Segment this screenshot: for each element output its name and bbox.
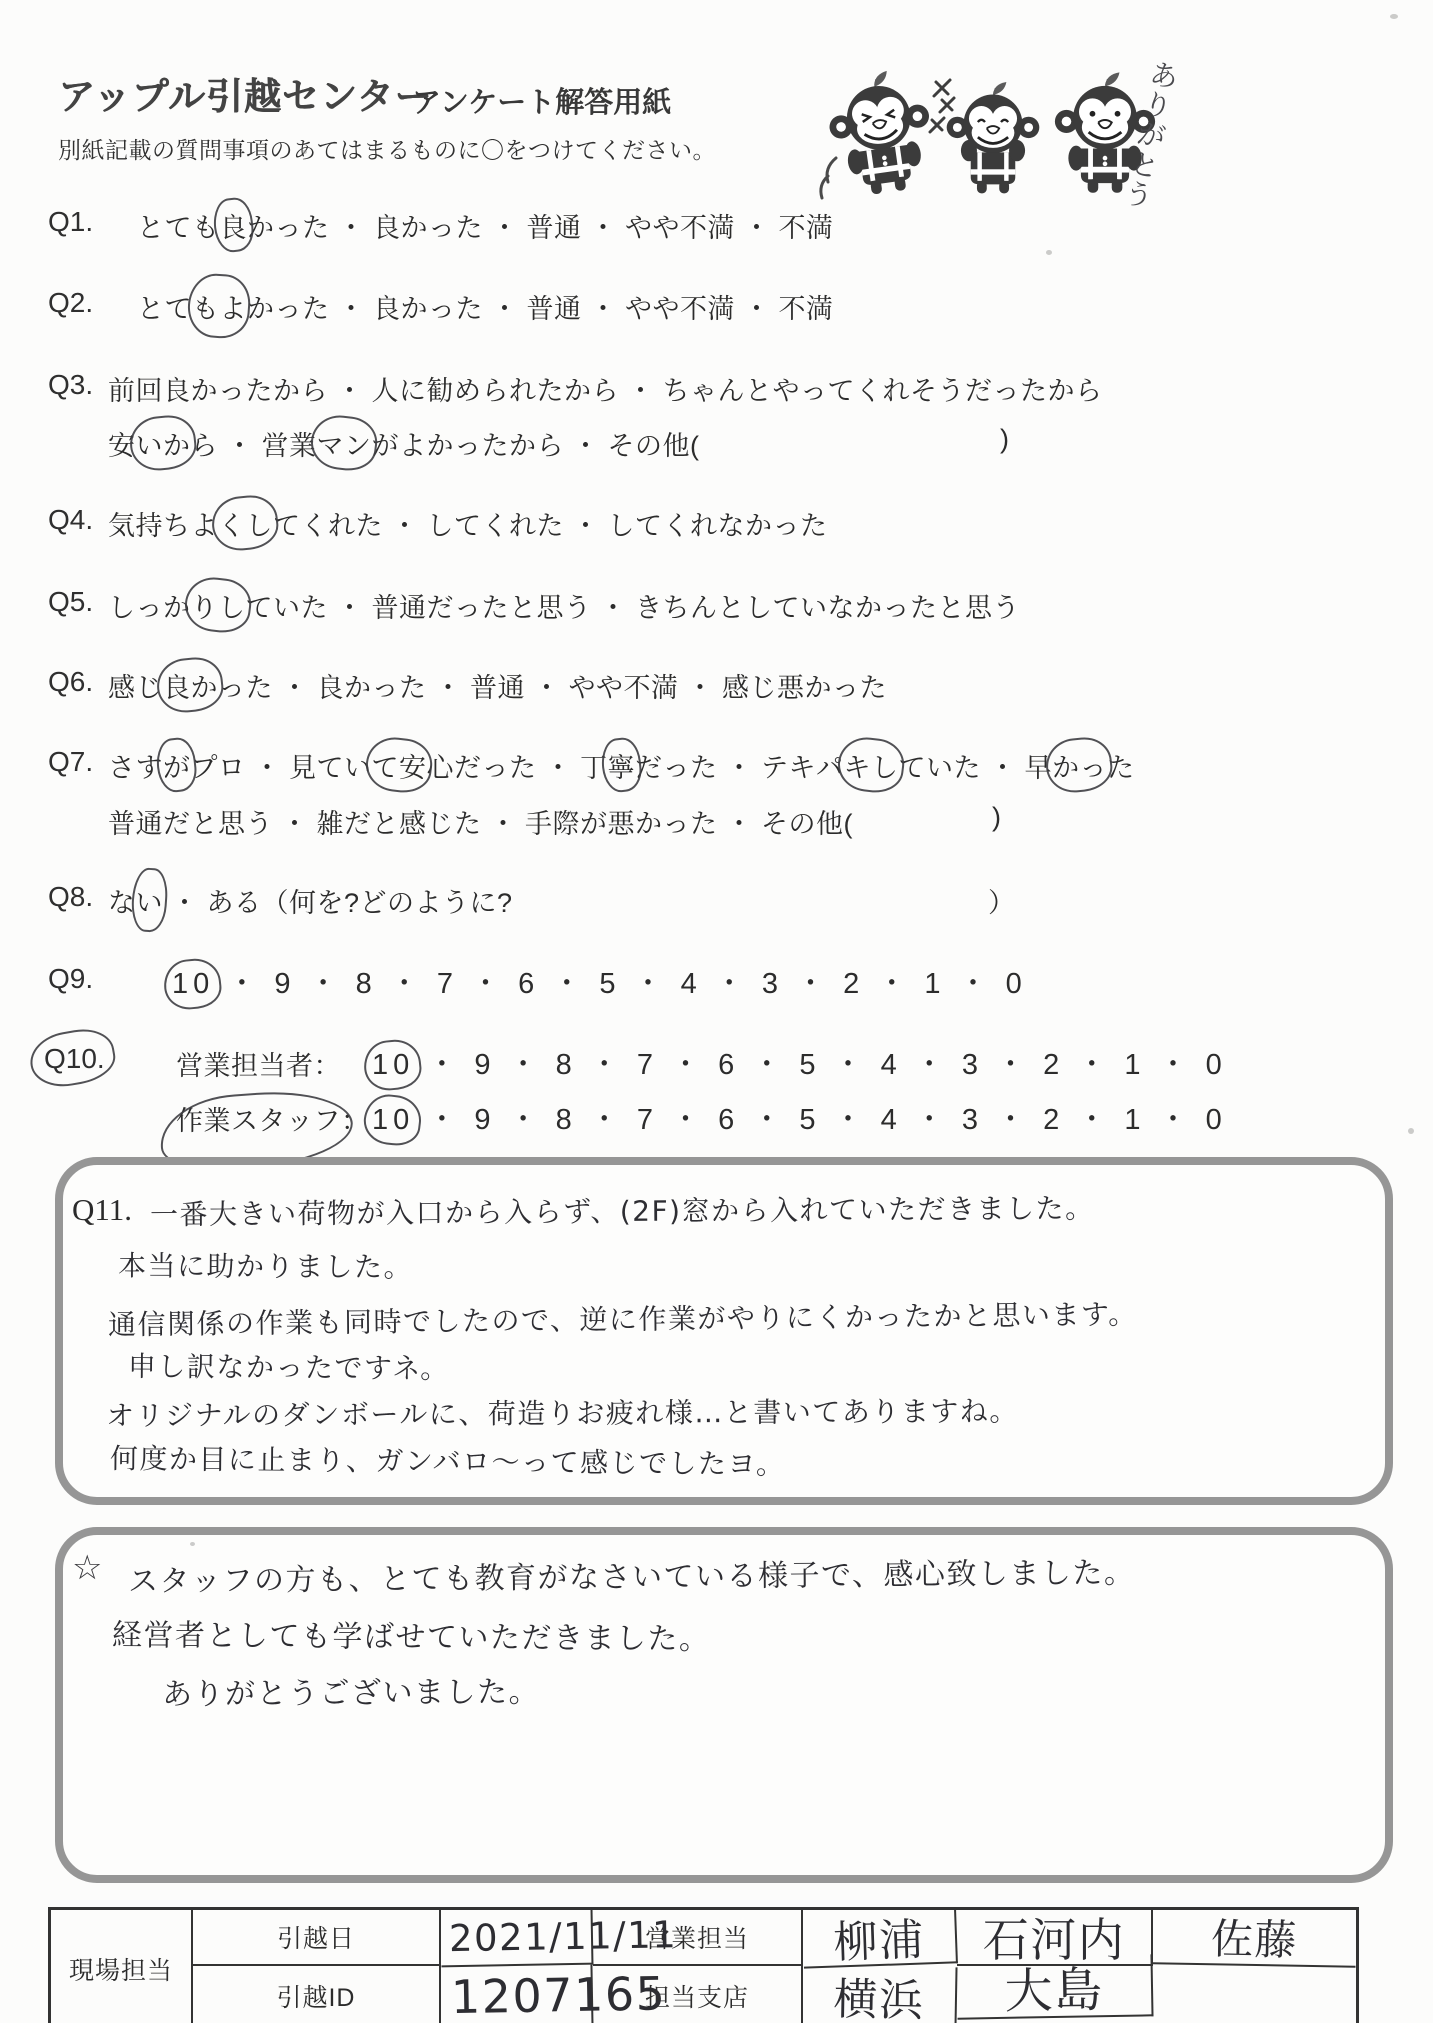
q7-text: た: [1107, 753, 1135, 783]
q6-text: った ・ 良かった ・ 普通 ・ やや不満 ・ 感じ悪かった: [218, 673, 887, 703]
handwritten-comment: 何度か目に止まり、ガンバロ〜って感じでしたヨ。: [110, 1437, 786, 1483]
move-id-value: 1207165: [440, 1965, 593, 2023]
q7-label: Q7.: [48, 746, 93, 778]
circled-answer: 良: [220, 206, 248, 245]
handwritten-comment: 申し訳なかったですネ。: [128, 1345, 450, 1387]
move-id-label: 引越ID: [193, 1966, 441, 2023]
q3-text: 安: [108, 431, 136, 461]
circled-answer: かっ: [1052, 746, 1107, 785]
q10-label: Q10.: [44, 1043, 105, 1075]
q6-text: 感じ: [108, 673, 163, 703]
q3-text: ら ・ 営業: [191, 431, 317, 461]
move-date-label: 引越日: [193, 1910, 441, 1966]
q10-scale-values: ・ 9 ・ 8 ・ 7 ・ 6 ・ 5 ・ 4 ・ 3 ・ 2 ・ 1 ・ 0: [414, 1104, 1226, 1136]
circled-rating: 10: [372, 1049, 414, 1082]
monkey-mascot-icon: [820, 63, 943, 205]
q1-options: とても良かった ・ 良かった ・ 普通 ・ やや不満 ・ 不満: [137, 206, 834, 245]
q9-label: Q9.: [48, 963, 93, 995]
empty-cell: [1153, 1966, 1356, 2023]
q5-label: Q5.: [48, 586, 93, 618]
circled-answer: もよ: [192, 287, 247, 326]
monkey-mascot-icon: [944, 78, 1042, 200]
field-staff-value-3: 大島: [956, 1954, 1153, 2019]
q6-options: 感じ良かった ・ 良かった ・ 普通 ・ やや不満 ・ 感じ悪かった: [108, 666, 887, 705]
q4-text: 気持ちよ: [108, 511, 218, 541]
q8-options: ない ・ ある（何を?どのように?: [108, 881, 513, 920]
q10-colon: ：: [341, 1106, 369, 1136]
handwritten-comment: 本当に助かりました。: [118, 1244, 413, 1286]
circled-answer: くし: [218, 504, 273, 543]
handwritten-comment: ありがとうございました。: [162, 1667, 540, 1714]
q5-options: しっかりしていた ・ 普通だったと思う ・ きちんとしていなかったと思う: [108, 586, 1020, 625]
q4-text: てくれた ・ してくれた ・ してくれなかった: [273, 511, 828, 541]
q3-close-paren: ): [1000, 424, 1010, 455]
q7-options-line2: 普通だと思う ・ 雑だと感じた ・ 手際が悪かった ・ その他(: [108, 802, 853, 841]
star-icon: ☆: [72, 1548, 102, 1588]
sales-rep-value: 柳浦: [802, 1907, 958, 1968]
q7-text: ていた ・ 早: [899, 753, 1053, 783]
circled-answer: キし: [844, 746, 899, 785]
scan-speck: [1408, 1128, 1414, 1134]
q10-row1-label: 営業担当者: [176, 1051, 314, 1081]
q6-label: Q6.: [48, 666, 93, 698]
q7-text: 心だった ・ 丁: [427, 753, 608, 783]
move-date-value: 2021/11/11: [441, 1909, 594, 1968]
q10-colon: ：: [314, 1051, 342, 1081]
q5-text: ていた ・ 普通だったと思う ・ きちんとしていなかったと思う: [246, 593, 1021, 623]
scan-speck: [1046, 250, 1052, 255]
circled-answer: いか: [136, 424, 191, 463]
q8-text: ・ ある（何を?どのように?: [163, 888, 513, 918]
q10-row2-scale: 10 ・ 9 ・ 8 ・ 7 ・ 6 ・ 5 ・ 4 ・ 3 ・ 2 ・ 1 ・…: [372, 1097, 1227, 1138]
q8-label: Q8.: [48, 881, 93, 913]
q10-scale-values: ・ 9 ・ 8 ・ 7 ・ 6 ・ 5 ・ 4 ・ 3 ・ 2 ・ 1 ・ 0: [414, 1049, 1226, 1081]
survey-sheet: アップル引越センター アンケート解答用紙 別紙記載の質問事項のあてはまるものに〇…: [0, 0, 1433, 2023]
handwritten-comment: 一番大きい荷物が入口から入らず、(2F)窓から入れていただきました。: [150, 1187, 1095, 1234]
circled-answer: て安: [372, 746, 427, 785]
handwritten-comment: スタッフの方も、とても教育がなさいている様子で、感心致しました。: [128, 1548, 1136, 1601]
q7-text: だった ・ テキパ: [635, 753, 844, 783]
q1-text: かった ・ 良かった ・ 普通 ・ やや不満 ・ 不満: [247, 213, 834, 243]
q7-options-line1: さすがプロ ・ 見ていて安心だった ・ 丁寧だった ・ テキパキしていた ・ 早…: [108, 746, 1135, 785]
circled-answer: 良か: [163, 666, 218, 705]
sparkle-icon: [920, 76, 966, 140]
q2-text: とて: [137, 294, 192, 324]
q8-text: な: [108, 888, 136, 918]
circled-rating: 10: [372, 1104, 414, 1137]
q11-label: Q11.: [72, 1192, 132, 1228]
q1-text: とても: [137, 213, 220, 243]
q2-options: とてもよかった ・ 良かった ・ 普通 ・ やや不満 ・ 不満: [137, 287, 834, 326]
circled-question-label: Q10.: [44, 1043, 105, 1075]
circled-answer: い: [136, 881, 164, 920]
q5-text: しっか: [108, 593, 191, 623]
handwritten-comment: 経営者としても学ばせていただきました。: [112, 1610, 711, 1658]
handwritten-comment: オリジナルのダンボールに、荷造りお疲れ様…と書いてありますね。: [106, 1390, 1019, 1435]
q4-label: Q4.: [48, 504, 93, 536]
q10-row1-scale: 10 ・ 9 ・ 8 ・ 7 ・ 6 ・ 5 ・ 4 ・ 3 ・ 2 ・ 1 ・…: [372, 1042, 1227, 1083]
q2-label: Q2.: [48, 287, 93, 319]
circled-answer: マン: [317, 424, 372, 463]
motion-lines-icon: [814, 154, 844, 214]
q1-label: Q1.: [48, 206, 93, 238]
q9-scale-values: ・ 9 ・ 8 ・ 7 ・ 6 ・ 5 ・ 4 ・ 3 ・ 2 ・ 1 ・ 0: [214, 968, 1026, 1000]
circled-answer: 寧: [608, 746, 636, 785]
footer-info-table: 引越日 2021/11/11 営業担当 柳浦 現場担当 石河内 佐藤 引越ID …: [48, 1907, 1359, 2023]
branch-value: 横浜: [802, 1965, 957, 2023]
q10-row1: 営業担当者：: [176, 1044, 341, 1083]
q3-options-line1: 前回良かったから ・ 人に勧められたから ・ ちゃんとやってくれそうだったから: [108, 369, 1103, 408]
page-title: アップル引越センター: [58, 66, 432, 120]
q9-scale: 10 ・ 9 ・ 8 ・ 7 ・ 6 ・ 5 ・ 4 ・ 3 ・ 2 ・ 1 ・…: [172, 961, 1027, 1002]
sheet-subtitle: アンケート解答用紙: [412, 80, 671, 121]
q7-text: さす: [108, 753, 163, 783]
field-staff-label: 現場担当: [51, 1910, 193, 2023]
q10-row2: 作業スタッフ：: [176, 1099, 369, 1138]
q7-close-paren: ): [992, 802, 1002, 833]
q2-text: かった ・ 良かった ・ 普通 ・ やや不満 ・ 不満: [247, 294, 834, 324]
field-staff-value-2: 佐藤: [1153, 1908, 1357, 1968]
scribble-circled-label: 作業スタッフ: [176, 1099, 341, 1138]
q3-options-line2: 安いから ・ 営業マンがよかったから ・ その他(: [108, 424, 700, 463]
circled-answer: りし: [191, 586, 246, 625]
q3-text: がよかったから ・ その他(: [372, 431, 700, 461]
q8-close-paren: ）: [988, 881, 1016, 920]
q4-options: 気持ちよくしてくれた ・ してくれた ・ してくれなかった: [108, 504, 828, 543]
scan-speck: [1390, 14, 1398, 19]
circled-answer: が: [163, 746, 191, 785]
scan-speck: [302, 150, 307, 154]
q3-label: Q3.: [48, 369, 93, 401]
instruction-text: 別紙記載の質問事項のあてはまるものに〇をつけてください。: [58, 132, 716, 165]
q7-text: プロ ・ 見てい: [191, 753, 372, 783]
scan-speck: [190, 1542, 195, 1546]
circled-rating: 10: [172, 968, 214, 1001]
